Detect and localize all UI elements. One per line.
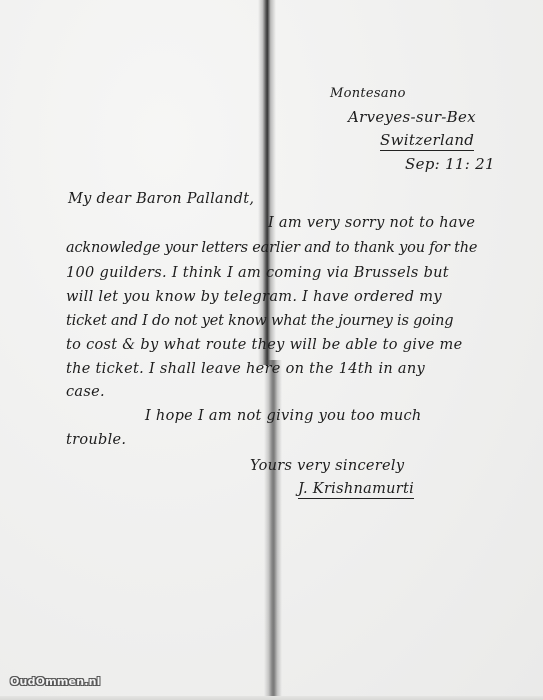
watermark-logo: OudOmmen.nl	[10, 675, 101, 688]
address-country: Switzerland	[380, 131, 474, 151]
body-line-4: will let you know by telegram. I have or…	[66, 289, 442, 305]
signature: J. Krishnamurti	[298, 481, 414, 499]
closing-valediction: Yours very sincerely	[250, 458, 404, 474]
page-fold-crease	[258, 0, 276, 365]
salutation: My dear Baron Pallandt,	[68, 191, 254, 207]
body-line-5: ticket and I do not yet know what the jo…	[66, 313, 453, 329]
address-house-name: Montesano	[330, 86, 406, 101]
body-line-6: to cost & by what route they will be abl…	[66, 337, 462, 353]
body-line-7: the ticket. I shall leave here on the 14…	[66, 361, 425, 377]
body-line-2: acknowledge your letters earlier and to …	[66, 240, 477, 256]
address-town: Arveyes-sur-Bex	[348, 108, 476, 126]
closing-paragraph-line-1: I hope I am not giving you too much	[145, 408, 422, 424]
page-bottom-edge	[0, 696, 543, 700]
closing-paragraph-line-2: trouble.	[66, 432, 126, 448]
body-line-8: case.	[66, 384, 105, 400]
letter-date: Sep: 11: 21	[405, 155, 495, 173]
body-line-3: 100 guilders. I think I am coming via Br…	[66, 265, 449, 281]
body-line-1: I am very sorry not to have	[268, 215, 475, 231]
letter-page: Montesano Arveyes-sur-Bex Switzerland Se…	[0, 0, 543, 700]
